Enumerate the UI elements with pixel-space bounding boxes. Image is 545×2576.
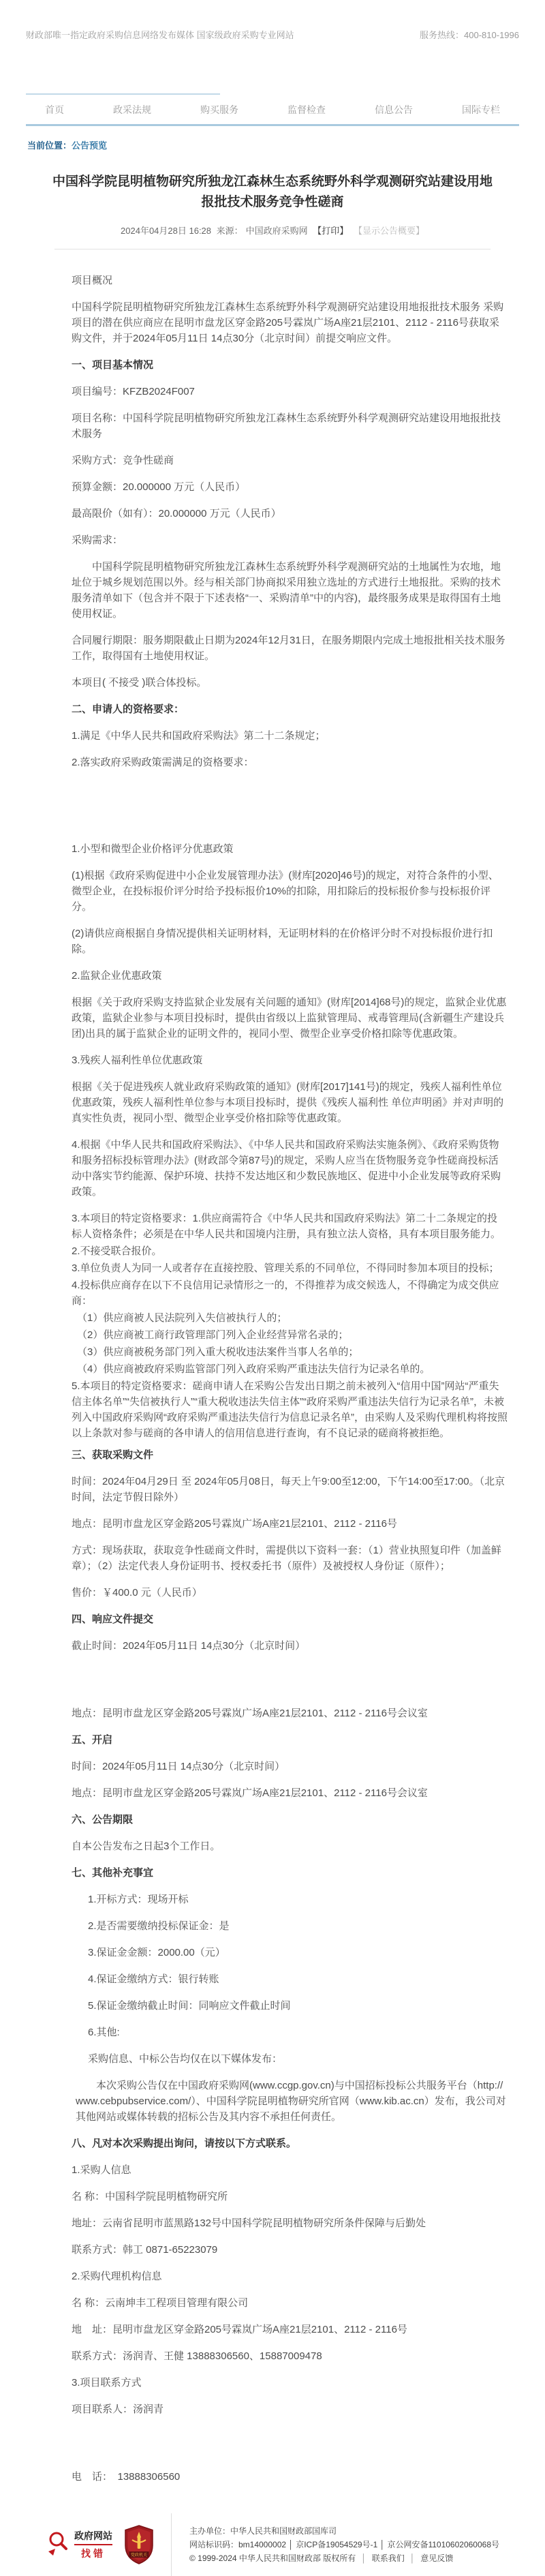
article-paragraph: 1.小型和微型企业价格评分优惠政策 xyxy=(72,836,508,862)
article-paragraph: 自本公告发布之日起3个工作日。 xyxy=(72,1833,508,1860)
footer: 政府网站 找错 党政机关 主办单位：中华人民共和国财政部国库司 网站标识码：bm… xyxy=(0,2513,545,2576)
article-paragraph: 项目编号：KFZB2024F007 xyxy=(72,378,508,405)
article-paragraph: 3.本项目的特定资格要求：1.供应商需符合《中华人民共和国政府采购法》第二十二条… xyxy=(72,1205,508,1243)
article-paragraph: （1）供应商被人民法院列入失信被执行人的； xyxy=(72,1309,508,1327)
article-paragraph: 地址：云南省昆明市蓝黑路132号中国科学院昆明植物研究所条件保障与后勤处 xyxy=(72,2210,508,2237)
section-heading: 一、项目基本情况 xyxy=(72,352,508,378)
article-paragraph: 方式：现场获取，获取竞争性磋商文件时，需提供以下资料一套：（1）营业执照复印件（… xyxy=(72,1537,508,1579)
magnifier-icon xyxy=(46,2530,72,2560)
article-paragraph: 2.采购代理机构信息 xyxy=(72,2263,508,2290)
shield-icon xyxy=(123,2525,155,2564)
article-paragraph: （4）供应商被政府采购监管部门列入政府采购严重违法失信行为记录名单的。 xyxy=(72,1361,508,1378)
site-error-line2: 找错 xyxy=(81,2547,106,2560)
nav-item-purchase-services[interactable]: 购买服务 xyxy=(200,103,238,117)
section-heading: 七、其他补充事宜 xyxy=(72,1860,508,1886)
article-paragraph: 中国科学院昆明植物研究所独龙江森林生态系统野外科学观测研究站的土地属性为农地，地… xyxy=(72,554,508,627)
nav-item-information-notices[interactable]: 信息公告 xyxy=(375,103,413,117)
article-paragraph: 项目名称：中国科学院昆明植物研究所独龙江森林生态系统野外科学观测研究站建设用地报… xyxy=(72,405,508,447)
article-paragraph: 3.残疾人福利性单位优惠政策 xyxy=(72,1047,508,1074)
article-paragraph: （3）供应商被税务部门列入重大税收违法案件当事人名单的； xyxy=(72,1344,508,1361)
main-nav-bar: 首页政采法规购买服务监督检查信息公告国际专栏 xyxy=(26,95,519,126)
section-heading: 八、凡对本次采购提出询问，请按以下方式联系。 xyxy=(72,2130,508,2157)
article-paragraph: 名 称：中国科学院昆明植物研究所 xyxy=(72,2183,508,2210)
hotline-number: 400-810-1996 xyxy=(464,30,519,40)
article-paragraph: 4.投标供应商存在以下不良信用记录情形之一的，不得推荐为成交候选人，不得确定为成… xyxy=(72,1277,508,1309)
article-paragraph: 根据《关于促进残疾人就业政府采购政策的通知》(财库[2017]141号)的规定，… xyxy=(72,1074,508,1132)
article-paragraph: 名 称：云南坤丰工程项目管理有限公司 xyxy=(72,2290,508,2316)
spacer xyxy=(72,776,508,836)
nav-item-supervision-inspection[interactable]: 监督检查 xyxy=(287,103,326,117)
article-paragraph: 4.根据《中华人民共和国政府采购法》、《中华人民共和国政府采购法实施条例》、《政… xyxy=(72,1132,508,1205)
copyright-text: © 1999-2024 中华人民共和国财政部 版权所有 xyxy=(189,2554,356,2563)
site-error-report-badge[interactable]: 政府网站 找错 xyxy=(46,2529,112,2560)
nav-item-policy-regulations[interactable]: 政采法规 xyxy=(113,103,151,117)
badge-label: 党政机关 xyxy=(123,2553,155,2558)
article-paragraph: 地 址：昆明市盘龙区穿金路205号霖岚广场A座21层2101、2112 - 21… xyxy=(72,2316,508,2343)
site-error-report-text: 政府网站 找错 xyxy=(74,2529,112,2560)
print-button[interactable]: 【打印】 xyxy=(313,226,348,236)
article-paragraph: 5.保证金缴纳截止时间：同响应文件截止时间 xyxy=(72,1992,508,2019)
topbar: 财政部唯一指定政府采购信息网络发布媒体 国家级政府采购专业网站 服务热线：400… xyxy=(0,0,545,68)
show-summary-toggle[interactable]: 【显示公告概要】 xyxy=(354,226,424,236)
article-paragraph: 2.监狱企业优惠政策 xyxy=(72,963,508,989)
article-paragraph: 2.是否需要缴纳投标保证金：是 xyxy=(72,1913,508,1939)
footer-code-line: 网站标识码：bm14000002 │ 京ICP备19054529号-1 │ 京公… xyxy=(189,2539,499,2551)
article-meta: 2024年04月28日 16:28 来源：中国政府采购网 【打印】 【显示公告概… xyxy=(0,224,545,237)
section-heading: 三、获取采购文件 xyxy=(72,1442,508,1468)
footer-link-contact-us[interactable]: 联系我们 xyxy=(372,2554,405,2563)
spacer xyxy=(72,1659,508,1700)
site-error-line1: 政府网站 xyxy=(74,2529,112,2545)
footer-text: 主办单位：中华人民共和国财政部国库司 网站标识码：bm14000002 │ 京I… xyxy=(172,2524,499,2566)
article-paragraph: 5.本项目的特定资格要求：磋商申请人在采购公告发出日期之前未被列入“信用中国”网… xyxy=(72,1378,508,1442)
article-paragraph: 2.不接受联合报价。 xyxy=(72,1243,508,1260)
article-paragraph: 本次采购公告仅在中国政府采购网(www.ccgp.gov.cn)与中国招标投标公… xyxy=(72,2072,508,2130)
article-paragraph: 项目联系人：汤润青 xyxy=(72,2396,508,2423)
breadcrumb-current: 公告预览 xyxy=(72,140,107,151)
breadcrumb-label: 当前位置： xyxy=(27,140,72,151)
article-paragraph: 采购方式：竞争性磋商 xyxy=(72,447,508,474)
article-paragraph: 根据《关于政府采购支持监狱企业发展有关问题的通知》(财库[2014]68号)的规… xyxy=(72,989,508,1047)
spacer xyxy=(72,2423,508,2464)
service-hotline: 服务热线：400-810-1996 xyxy=(420,28,519,41)
government-agency-badge[interactable]: 党政机关 xyxy=(123,2525,155,2564)
article-paragraph: 2.落实政府采购政策需满足的资格要求： xyxy=(72,749,508,776)
article-paragraph: 电 话： 13888306560 xyxy=(72,2464,508,2490)
footer-link-feedback[interactable]: 意见反馈 xyxy=(420,2554,453,2563)
separator: │ xyxy=(410,2554,416,2563)
article-paragraph: 联系方式：汤润青、王健 13888306560、15887009478 xyxy=(72,2343,508,2369)
footer-links-line: © 1999-2024 中华人民共和国财政部 版权所有│联系我们│意见反馈 xyxy=(189,2552,499,2565)
separator: │ xyxy=(361,2554,367,2563)
article-paragraph: (2)请供应商根据自身情况提供相关证明材料，无证明材料的在价格评分时不对投标报价… xyxy=(72,920,508,963)
article-paragraph: 预算金额：20.000000 万元（人民币） xyxy=(72,474,508,500)
article-paragraph: 1.开标方式：现场开标 xyxy=(72,1886,508,1913)
article-paragraph: 地点：昆明市盘龙区穿金路205号霖岚广场A座21层2101、2112 - 211… xyxy=(72,1780,508,1806)
main-nav: 首页政采法规购买服务监督检查信息公告国际专栏 xyxy=(26,95,519,124)
article-paragraph: （2）供应商被工商行政管理部门列入企业经营异常名录的； xyxy=(72,1327,508,1344)
site-slogan: 财政部唯一指定政府采购信息网络发布媒体 国家级政府采购专业网站 xyxy=(26,28,294,41)
article-paragraph: 最高限价（如有）：20.000000 万元（人民币） xyxy=(72,500,508,527)
article-paragraph: (1)根据《政府采购促进中小企业发展管理办法》(财库[2020]46号)的规定，… xyxy=(72,862,508,920)
article-paragraph: 4.保证金缴纳方式：银行转账 xyxy=(72,1966,508,1992)
footer-logos: 政府网站 找错 党政机关 xyxy=(46,2513,172,2576)
article-paragraph: 3.单位负责人为同一人或者存在直接控股、管理关系的不同单位，不得同时参加本项目的… xyxy=(72,1260,508,1277)
article-paragraph: 3.项目联系方式 xyxy=(72,2369,508,2396)
article-paragraph: 6.其他: xyxy=(72,2019,508,2046)
section-heading: 四、响应文件提交 xyxy=(72,1606,508,1633)
nav-top-accent-line xyxy=(26,93,220,95)
article-paragraph: 售价：￥400.0 元（人民币） xyxy=(72,1579,508,1606)
article-paragraph: 时间：2024年05月11日 14点30分（北京时间） xyxy=(72,1753,508,1780)
nav-item-home[interactable]: 首页 xyxy=(45,103,64,117)
article-paragraph: 合同履行期限：服务期限截止日期为2024年12月31日，在服务期限内完成土地报批… xyxy=(72,627,508,669)
section-heading: 六、公告期限 xyxy=(72,1806,508,1833)
article-paragraph: 采购需求： xyxy=(72,527,508,554)
hotline-label: 服务热线： xyxy=(420,30,464,40)
article-paragraph: 时间：2024年04月29日 至 2024年05月08日，每天上午9:00至12… xyxy=(72,1468,508,1511)
nav-item-international-column[interactable]: 国际专栏 xyxy=(462,103,500,117)
footer-host-line: 主办单位：中华人民共和国财政部国库司 xyxy=(189,2525,499,2538)
article-paragraph: 3.保证金金额：2000.00（元） xyxy=(72,1939,508,1966)
source-label: 来源： xyxy=(217,226,243,236)
article-paragraph: 联系方式：韩工 0871-65223079 xyxy=(72,2237,508,2263)
article-body: 项目概况中国科学院昆明植物研究所独龙江森林生态系统野外科学观测研究站建设用地报批… xyxy=(0,249,545,2490)
article-paragraph: 项目概况 xyxy=(72,267,508,294)
section-heading: 二、申请人的资格要求： xyxy=(72,696,508,723)
article-paragraph: 中国科学院昆明植物研究所独龙江森林生态系统野外科学观测研究站建设用地报批技术服务… xyxy=(72,294,508,352)
page-title: 中国科学院昆明植物研究所独龙江森林生态系统野外科学观测研究站建设用地报批技术服务… xyxy=(48,172,497,213)
article-paragraph: 1.满足《中华人民共和国政府采购法》第二十二条规定； xyxy=(72,723,508,749)
source-name: 中国政府采购网 xyxy=(246,226,308,236)
article-paragraph: 截止时间：2024年05月11日 14点30分（北京时间） xyxy=(72,1633,508,1659)
section-heading: 五、开启 xyxy=(72,1727,508,1753)
article-paragraph: 地点：昆明市盘龙区穿金路205号霖岚广场A座21层2101、2112 - 211… xyxy=(72,1700,508,1727)
article-paragraph: 地点：昆明市盘龙区穿金路205号霖岚广场A座21层2101、2112 - 211… xyxy=(72,1511,508,1537)
article-paragraph: 1.采购人信息 xyxy=(72,2157,508,2183)
breadcrumb: 当前位置：公告预览 xyxy=(27,138,518,151)
article-paragraph: 采购信息、中标公告均仅在以下媒体发布： xyxy=(72,2046,508,2072)
publish-datetime: 2024年04月28日 16:28 xyxy=(121,226,211,236)
article-paragraph: 本项目( 不接受 )联合体投标。 xyxy=(72,669,508,696)
